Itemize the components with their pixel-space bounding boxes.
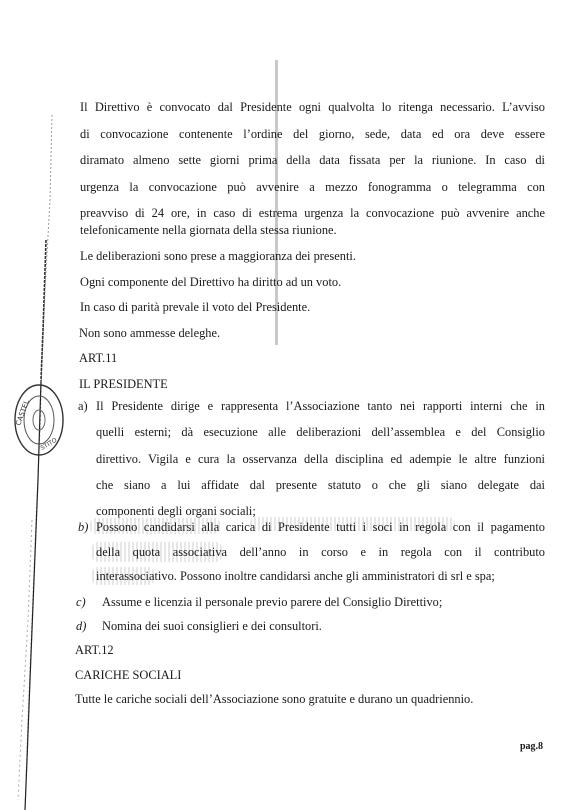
paragraph-line: telefonicamente nella giornata della ste… — [80, 223, 337, 237]
article-number: ART.12 — [75, 643, 114, 657]
list-item-line: Possono candidarsi alla carica di Presid… — [96, 520, 545, 534]
svg-text:STITO: STITO — [40, 437, 59, 452]
list-marker: c) — [76, 595, 86, 609]
list-item-line: componenti degli organi sociali; — [96, 504, 256, 518]
rule-line: Le deliberazioni sono prese a maggioranz… — [80, 249, 356, 263]
list-item-line: Assume e licenzia il personale previo pa… — [102, 595, 442, 609]
list-item-line: Il Presidente dirige e rappresenta l’Ass… — [96, 399, 545, 413]
association-stamp-icon: CASTEL STITO — [6, 380, 66, 460]
paragraph-line: diramato almeno sette giorni prima della… — [80, 153, 545, 167]
svg-text:CASTEL: CASTEL — [14, 399, 31, 427]
article-text: Tutte le cariche sociali dell’Associazio… — [75, 692, 473, 706]
list-item-line: che siano a lui affidate dal presente st… — [96, 478, 545, 492]
list-marker: d) — [76, 619, 86, 633]
document-page: CASTEL STITO Il Direttivo è convocato da… — [0, 0, 572, 810]
paragraph-line: urgenza la convocazione può avvenire a m… — [80, 180, 545, 194]
rule-line: Non sono ammesse deleghe. — [79, 326, 220, 340]
article-number: ART.11 — [79, 351, 117, 365]
paragraph-line: preavviso di 24 ore, in caso di estrema … — [80, 206, 545, 220]
list-item-line: interassociativo. Possono inoltre candid… — [96, 569, 495, 583]
rule-line: In caso di parità prevale il voto del Pr… — [80, 300, 310, 314]
page-number: pag.8 — [520, 741, 543, 752]
paragraph-line: Il Direttivo è convocato dal Presidente … — [80, 100, 545, 114]
list-item-line: quelli esterni; dà esecuzione alle delib… — [96, 425, 545, 439]
list-marker: b) — [78, 520, 88, 534]
list-item-line: direttivo. Vigila e cura la osservanza d… — [96, 452, 545, 466]
list-item-line: della quota associativa dell’anno in cor… — [96, 545, 545, 559]
list-marker: a) — [78, 399, 88, 413]
article-title: IL PRESIDENTE — [79, 377, 168, 391]
rule-line: Ogni componente del Direttivo ha diritto… — [80, 275, 341, 289]
article-title: CARICHE SOCIALI — [75, 668, 181, 682]
list-item-line: Nomina dei suoi consiglieri e dei consul… — [102, 619, 322, 633]
paragraph-line: di convocazione contenente l’ordine del … — [80, 127, 545, 141]
